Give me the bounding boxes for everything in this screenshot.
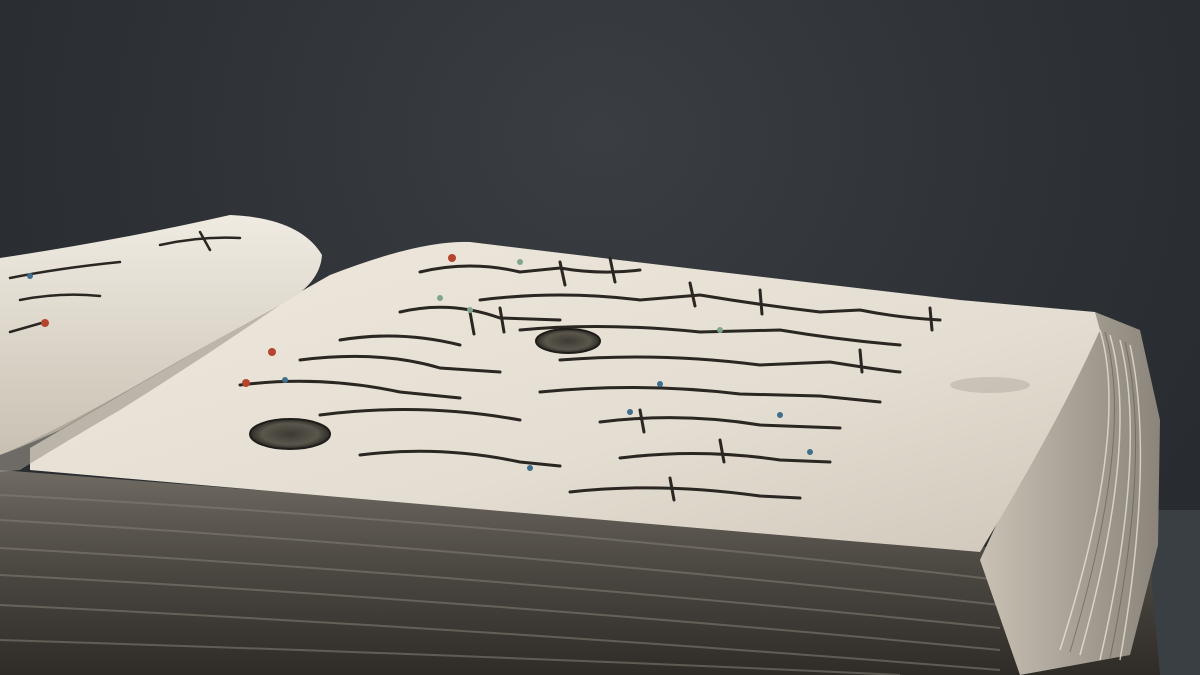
manuscript-photo: Close-up photograph of an old open book …	[0, 0, 1200, 675]
page-stain	[950, 377, 1030, 393]
rosette-ornament	[536, 329, 600, 353]
rosette-ornament	[250, 419, 330, 449]
book-illustration	[0, 0, 1200, 675]
